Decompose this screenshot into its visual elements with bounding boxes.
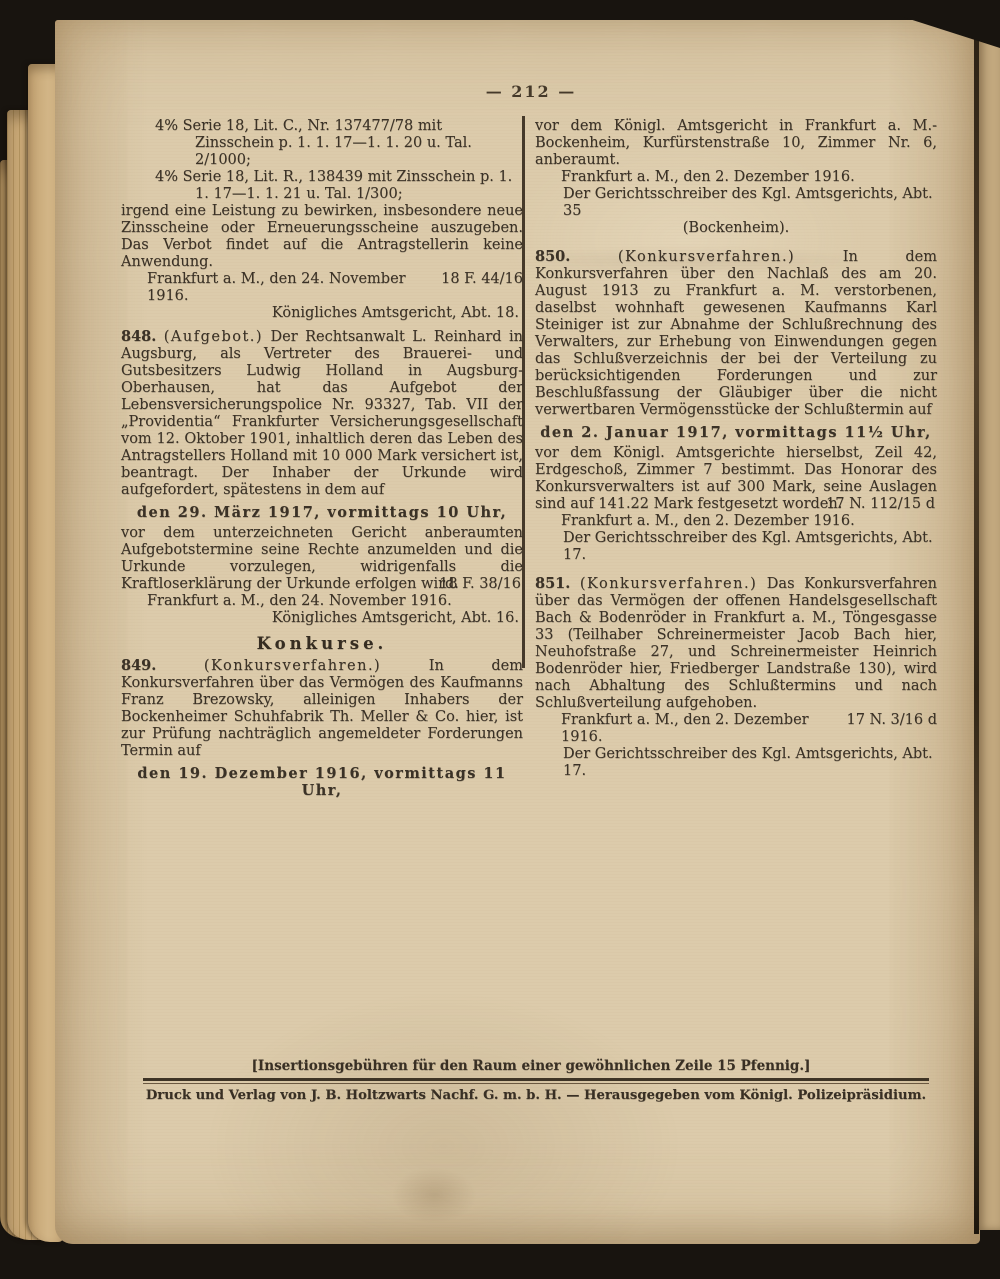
case-reference: 17 N. 3/16 d — [847, 712, 938, 746]
page-number: — 212 — — [125, 82, 937, 101]
bond-entry: 4% Serie 18, Lit. C., Nr. 137477/78 mit … — [121, 118, 523, 169]
spacer — [535, 564, 937, 575]
entry-label: (Aufgebot.) — [164, 329, 263, 345]
court-signature: Königliches Amtsgericht, Abt. 16. — [121, 610, 523, 627]
hearing-term-line: den 19. Dezember 1916, vormittags 11 Uhr… — [121, 765, 523, 799]
entry-label: (Konkursverfahren.) — [618, 249, 795, 265]
clerk-signature-location: (Bockenheim). — [535, 220, 937, 237]
clerk-signature: Der Gerichtsschreiber des Kgl. Amtsgeric… — [535, 186, 937, 220]
bond-entry: 4% Serie 18, Lit. R., 138439 mit Zinssch… — [121, 169, 523, 203]
insertion-fee-notice: [Insertionsgebühren für den Raum einer g… — [140, 1058, 922, 1074]
gazette-page: — 212 — 4% Serie 18, Lit. C., Nr. 137477… — [55, 20, 980, 1244]
entry-number: 849. — [121, 657, 156, 674]
footer-rule — [143, 1078, 929, 1084]
left-column: 4% Serie 18, Lit. C., Nr. 137477/78 mit … — [121, 118, 523, 803]
entry-number: 850. — [535, 248, 570, 265]
entry-number: 851. — [535, 575, 570, 592]
entry-label: (Konkursverfahren.) — [204, 658, 381, 674]
entry-851-dateline-row: Frankfurt a. M., den 2. Dezember 1916. 1… — [535, 712, 937, 746]
entry-848-paragraph: 848. (Aufgebot.) Der Rechtsanwalt L. Rei… — [121, 328, 523, 499]
entry-body: Der Rechtsanwalt L. Reinhard in Augsburg… — [121, 329, 523, 498]
entry-851-paragraph: 851. (Konkursverfahren.) Das Konkursverf… — [535, 575, 937, 712]
notice-dateline-row: Frankfurt a. M., den 24. November 1916. … — [121, 271, 523, 305]
entry-850-paragraph: 850. (Konkursverfahren.) In dem Konkursv… — [535, 248, 937, 419]
court-signature: Königliches Amtsgericht, Abt. 18. — [121, 305, 523, 322]
dateline: Frankfurt a. M., den 2. Dezember 1916. — [535, 712, 847, 746]
entry-number: 848. — [121, 328, 156, 345]
imprint-line: Druck und Verlag von J. B. Holtzwarts Na… — [93, 1088, 979, 1103]
clerk-signature: Der Gerichtsschreiber des Kgl. Amtsgeric… — [535, 746, 937, 780]
spacer — [535, 237, 937, 248]
underlying-page-edge — [979, 26, 1000, 1230]
entry-body: In dem Konkursverfahren über den Nachlaß… — [535, 249, 937, 418]
top-right-shadow-wedge — [900, 16, 1000, 48]
hearing-term-line: den 29. März 1917, vormittags 10 Uhr, — [121, 504, 523, 521]
prohibition-paragraph: irgend eine Leistung zu bewirken, insbes… — [121, 203, 523, 271]
dateline: Frankfurt a. M., den 24. November 1916. — [121, 593, 523, 610]
hearing-term-line: den 2. Januar 1917, vormittags 11½ Uhr, — [535, 424, 937, 441]
dateline: Frankfurt a. M., den 2. Dezember 1916. — [535, 513, 937, 530]
entry-label: (Konkursverfahren.) — [580, 576, 757, 592]
entry-849-paragraph: 849. (Konkursverfahren.) In dem Konkursv… — [121, 657, 523, 760]
right-column: vor dem Königl. Amtsgericht in Frankfurt… — [535, 118, 937, 780]
case-reference: 18 F. 44/16 — [441, 271, 523, 305]
entry-849-continuation: vor dem Königl. Amtsgericht in Frankfurt… — [535, 118, 937, 169]
dateline: Frankfurt a. M., den 2. Dezember 1916. — [535, 169, 937, 186]
clerk-signature: Der Gerichtsschreiber des Kgl. Amtsgeric… — [535, 530, 937, 564]
section-heading-konkurse: Konkurse. — [121, 635, 523, 652]
dateline: Frankfurt a. M., den 24. November 1916. — [121, 271, 441, 305]
entry-body: Das Konkursverfahren über das Vermögen d… — [535, 576, 937, 711]
